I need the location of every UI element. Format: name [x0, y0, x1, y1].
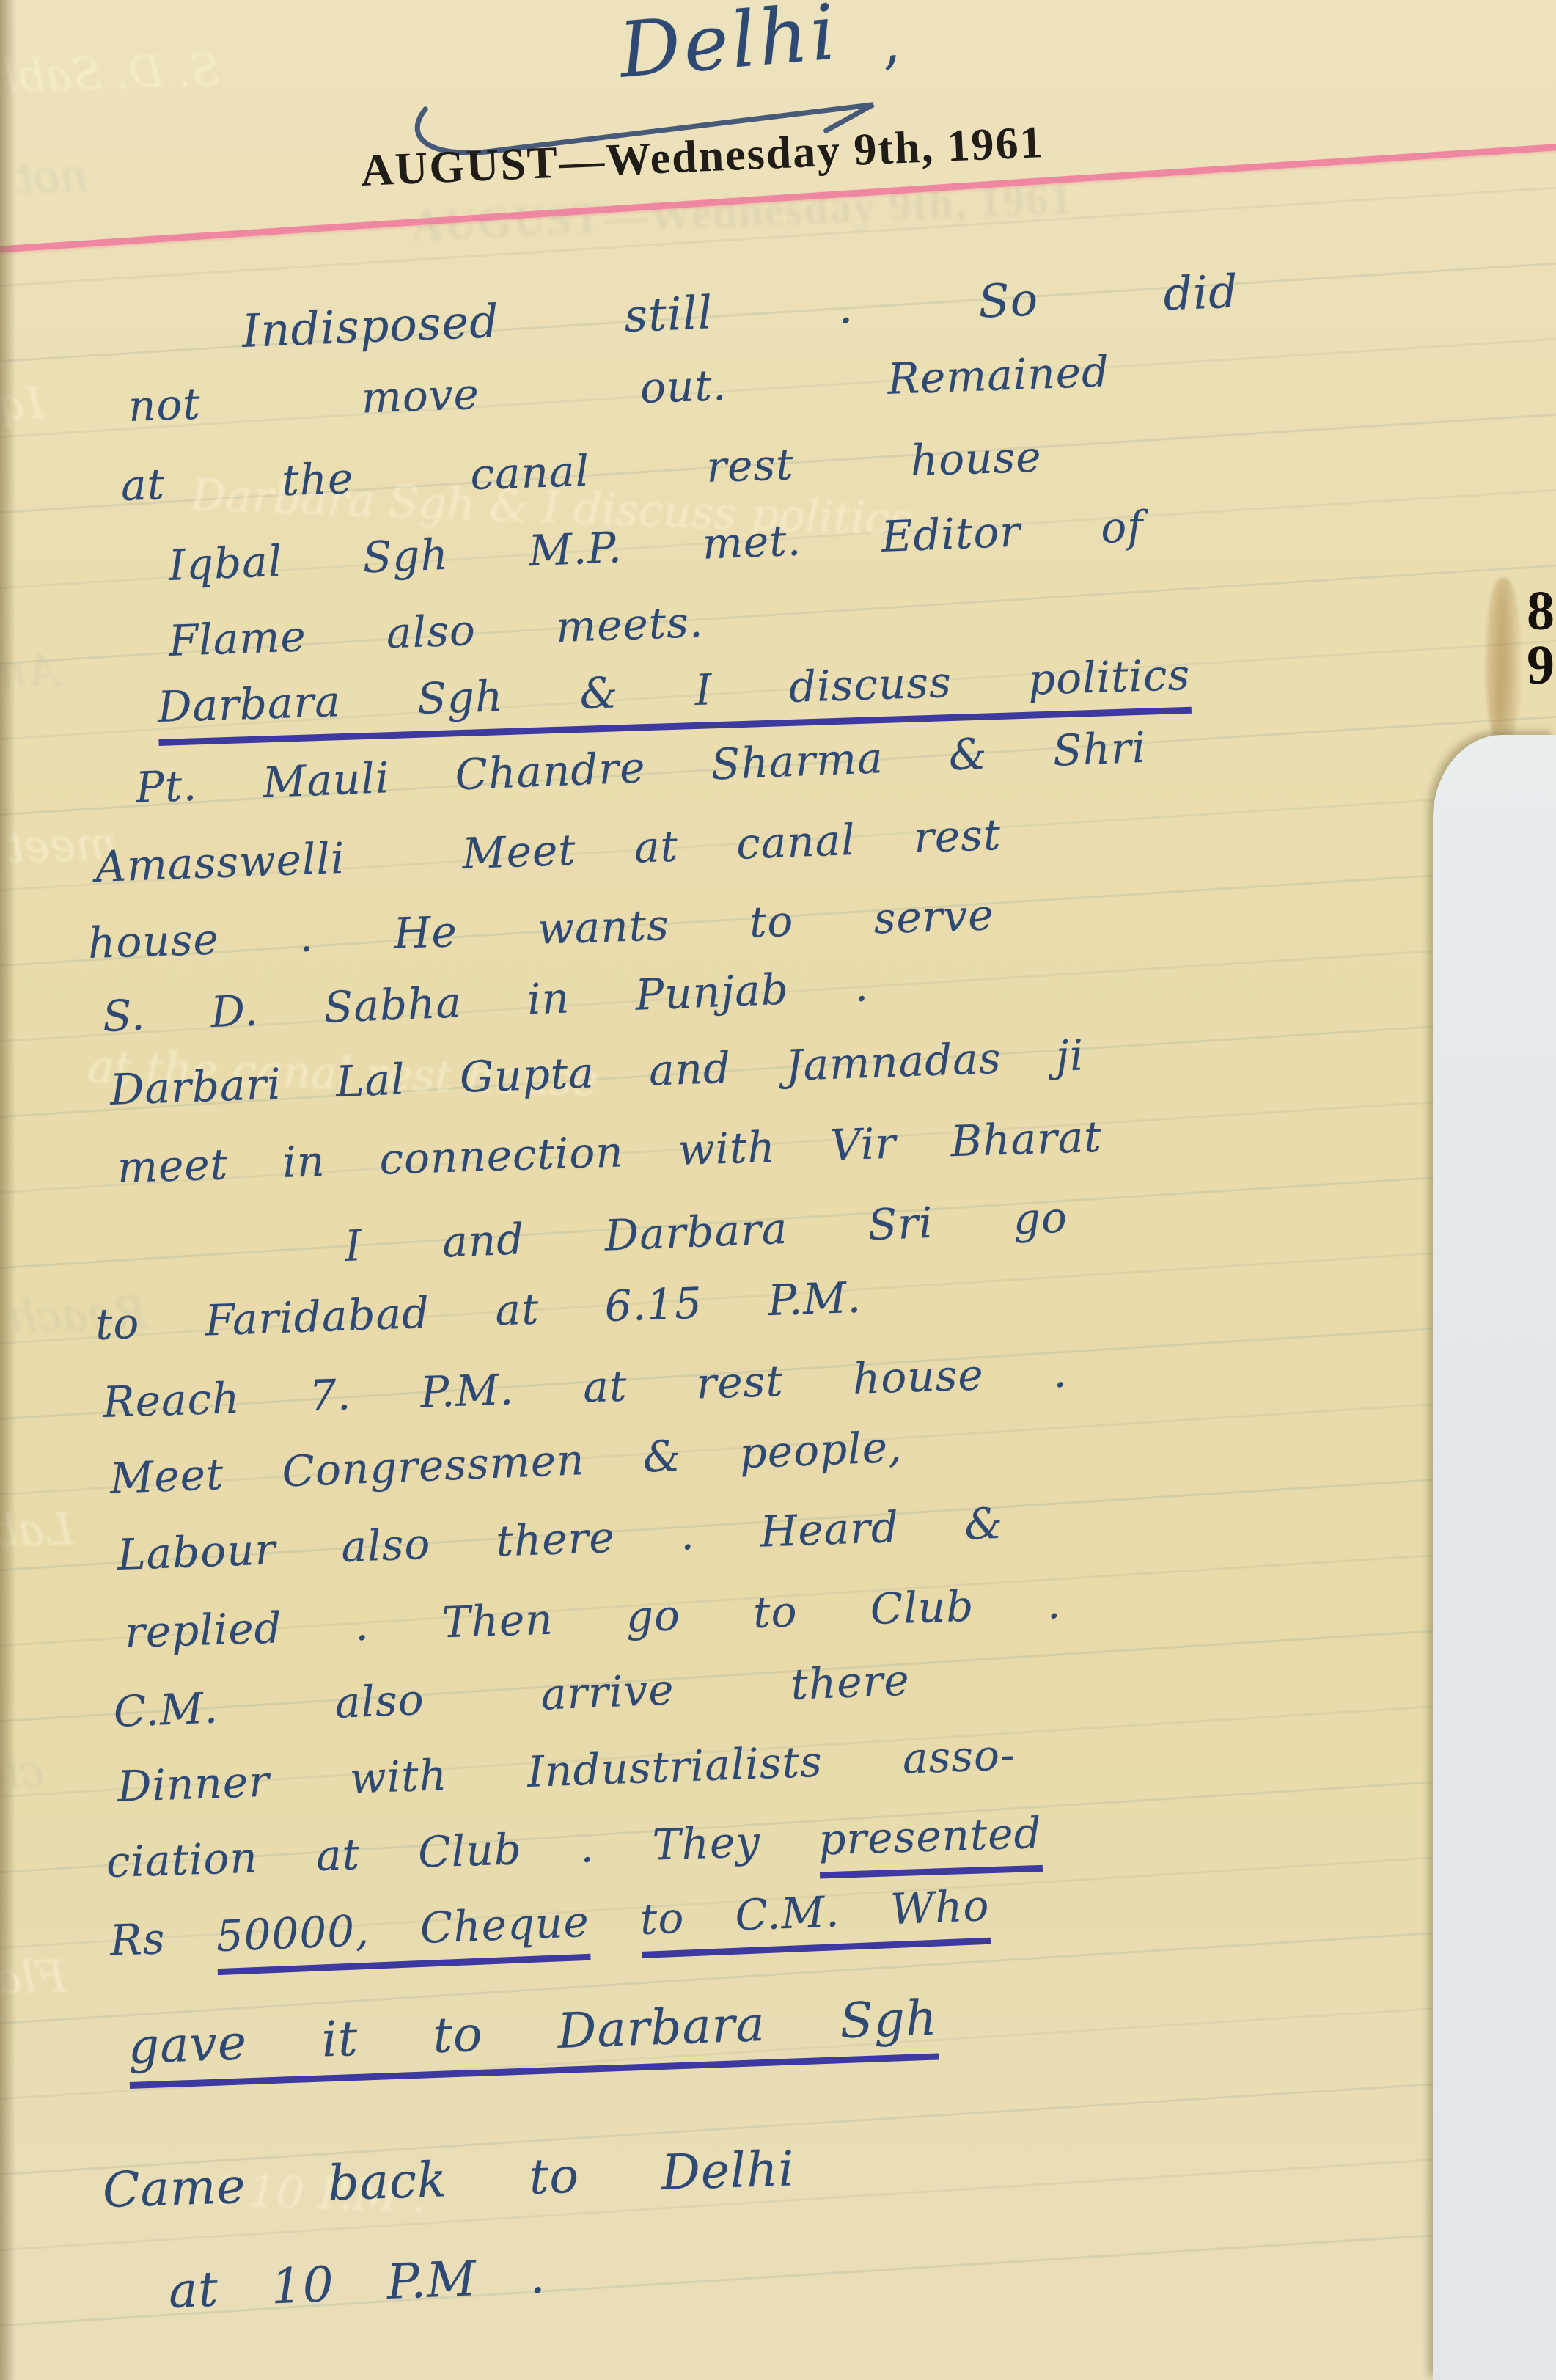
handwriting-segment: replied . Then go to Club .	[124, 1578, 1062, 1658]
handwritten-line: Flame also meets.	[168, 597, 705, 666]
handwritten-line: Dinner with Industrialists asso-	[117, 1729, 1016, 1812]
handwritten-line: to Faridabad at 6.15 P.M.	[95, 1273, 862, 1350]
handwritten-line: Rs 50000, Cheque to C.M. Who	[109, 1881, 991, 1966]
handwriting-segment: meet in connection with Vir Bharat	[117, 1112, 1103, 1193]
handwriting-segment: Labour also there . Heard &	[117, 1498, 1004, 1580]
handwriting-segment: C.M. also arrive there	[113, 1655, 911, 1737]
handwriting-segment: Meet at canal rest	[461, 810, 1002, 879]
next-page-corner	[1433, 735, 1556, 2380]
ghost-impression: not move out. Remained	[0, 150, 89, 221]
ghost-impression: S. D. Sabha in Punjab .	[0, 44, 221, 113]
handwriting-segment: S. D. Sabha in Punjab .	[102, 961, 870, 1041]
underlined-handwriting: 50000, Cheque	[215, 1897, 590, 1975]
handwritten-line: AmasswelliMeet at canal rest	[95, 810, 1002, 892]
handwriting-segment: to Faridabad at 6.15 P.M.	[95, 1273, 862, 1350]
handwriting-segment: at 10 P.M .	[167, 2247, 546, 2319]
handwriting-segment	[588, 1894, 641, 1947]
ghost-impression: Amasswelli Meet at canal rest	[0, 645, 59, 708]
ghost-impression: Labour also there . Heard &	[0, 1504, 74, 1571]
tab-number-8: 8	[1527, 584, 1555, 638]
handwriting-segment: I and Darbara Sri go	[344, 1192, 1069, 1271]
handwritten-line: ciation at Club . They presented	[106, 1808, 1043, 1887]
handwritten-line: at 10 P.M .	[167, 2247, 546, 2319]
handwriting-segment: Indisposed still . So did	[241, 264, 1240, 358]
stain	[1486, 578, 1521, 747]
diary-page: not move out. RemainedIqbal Sgh M.P. met…	[0, 0, 1556, 2380]
underlined-handwriting: presented	[818, 1808, 1043, 1879]
page-edge-tab: 8 9	[1527, 584, 1555, 693]
handwritten-line: Meet Congressmen & people,	[109, 1422, 903, 1504]
handwriting-segment: house . He wants to serve	[87, 890, 995, 968]
handwritten-line: meet in connection with Vir Bharat	[117, 1112, 1103, 1193]
handwritten-line: Labour also there . Heard &	[117, 1498, 1004, 1580]
underlined-handwriting: to C.M. Who	[639, 1881, 991, 1958]
ghost-impression: Flame also meets.	[0, 1951, 67, 2013]
handwriting-segment: not move out. Remained	[128, 346, 1110, 431]
handwritten-line: gave it to Darbara Sgh	[128, 1990, 939, 2075]
handwriting-segment: Meet Congressmen & people,	[109, 1422, 903, 1504]
tab-number-9: 9	[1527, 638, 1555, 692]
handwritten-line: I and Darbara Sri go	[344, 1192, 1069, 1271]
handwriting-segment: Amasswelli	[95, 833, 346, 892]
underlined-handwriting: gave it to Darbara Sgh	[128, 1990, 939, 2089]
handwritten-line: Indisposed still . So did	[241, 264, 1240, 358]
handwritten-line: S. D. Sabha in Punjab .	[102, 961, 870, 1041]
handwriting-segment: Flame also meets.	[168, 597, 705, 666]
handwritten-line: house . He wants to serve	[87, 890, 995, 968]
handwritten-line: not move out. Remained	[128, 346, 1110, 431]
handwritten-line: C.M. also arrive there	[113, 1655, 911, 1737]
handwriting-segment: Dinner with Industrialists asso-	[117, 1729, 1016, 1812]
handwritten-line: Reach 7. P.M. at rest house .	[102, 1347, 1068, 1427]
handwritten-line: Darbara Sgh & I discuss politics	[157, 650, 1191, 732]
handwriting-segment: Reach 7. P.M. at rest house .	[102, 1347, 1068, 1427]
handwriting-segment: ciation at Club . They	[106, 1815, 819, 1886]
handwriting-segment: Rs	[109, 1911, 217, 1966]
handwritten-line: replied . Then go to Club .	[124, 1578, 1062, 1658]
ghost-impression: ciation at Club . They presented	[0, 1746, 45, 1822]
